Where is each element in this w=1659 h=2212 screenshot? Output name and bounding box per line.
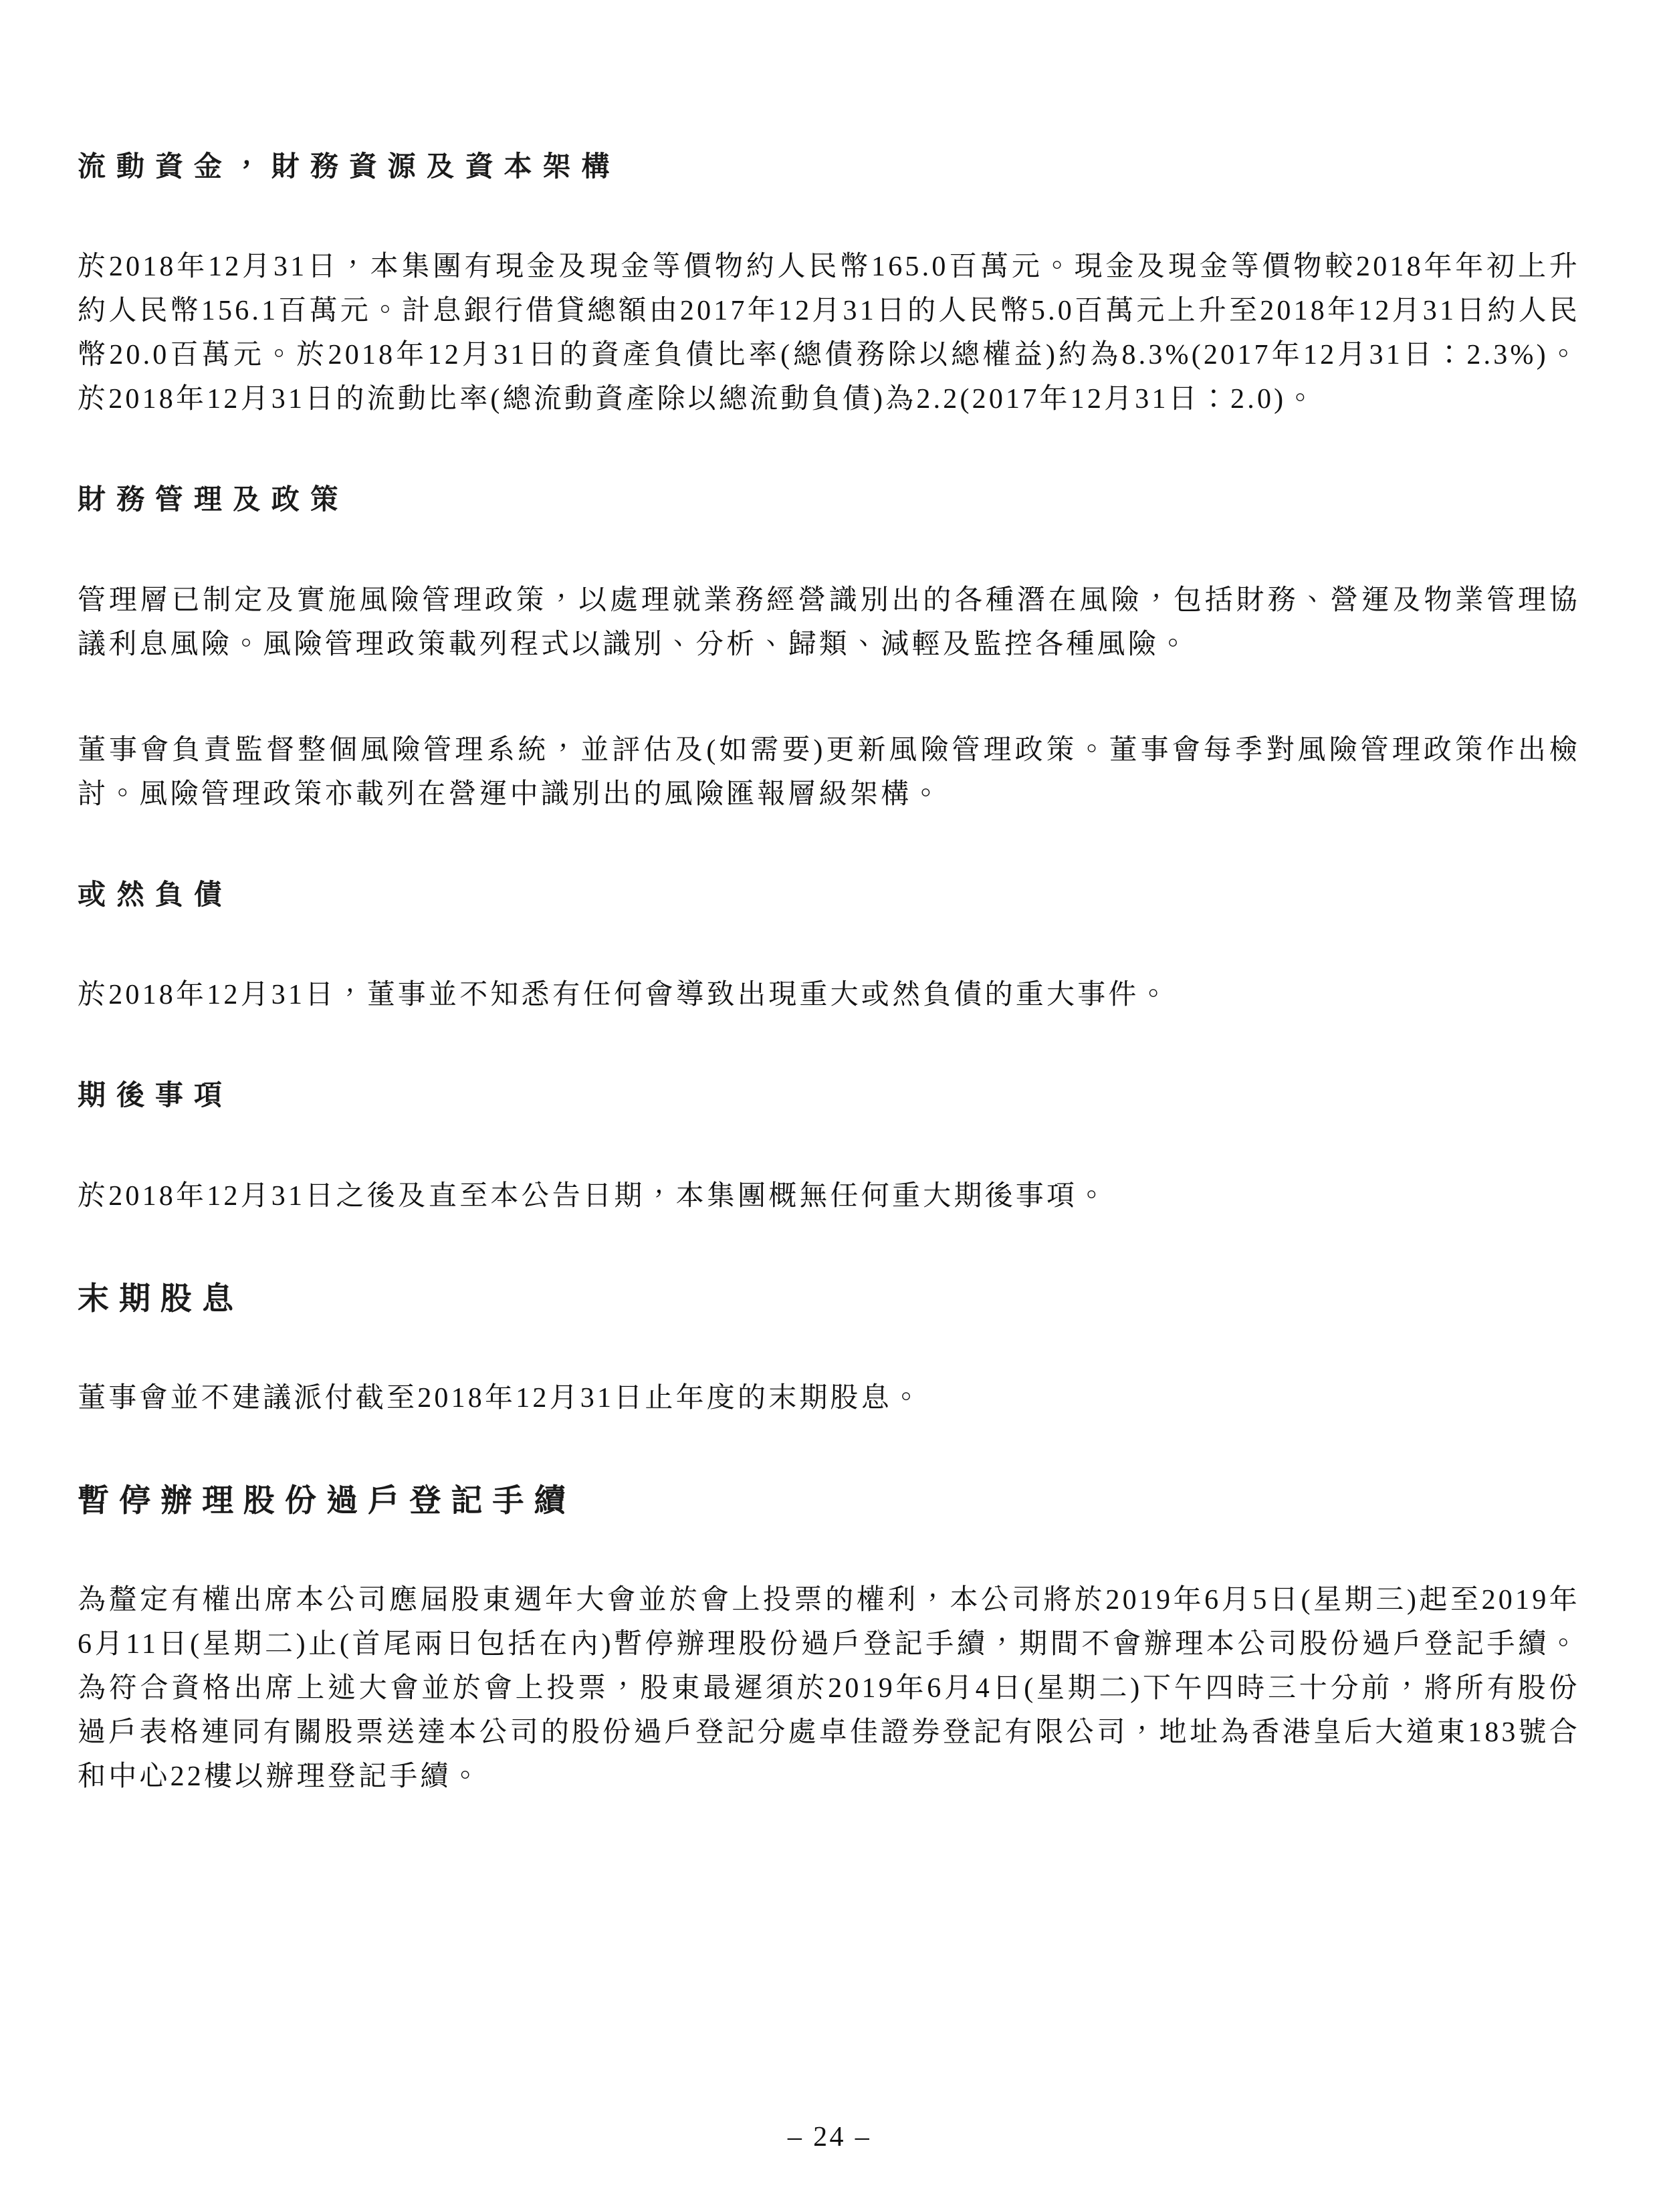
section-heading-liquidity-financial-resources: 流動資金，財務資源及資本架構 [78, 150, 1580, 183]
page-content: 流動資金，財務資源及資本架構 於2018年12月31日，本集團有現金及現金等價物… [78, 150, 1580, 1860]
paragraph-final-dividend: 董事會並不建議派付截至2018年12月31日止年度的末期股息。 [78, 1376, 1580, 1420]
paragraph-closure-of-register: 為釐定有權出席本公司應屆股東週年大會並於會上投票的權利，本公司將於2019年6月… [78, 1578, 1580, 1799]
page-number: – 24 – [0, 2121, 1659, 2153]
paragraph-liquidity: 於2018年12月31日，本集團有現金及現金等價物約人民幣165.0百萬元。現金… [78, 245, 1580, 421]
section-heading-closure-of-register: 暫停辦理股份過戶登記手續 [78, 1482, 1580, 1519]
section-heading-subsequent-events: 期後事項 [78, 1079, 1580, 1112]
paragraph-board-risk-oversight: 董事會負責監督整個風險管理系統，並評估及(如需要)更新風險管理政策。董事會每季對… [78, 728, 1580, 816]
paragraph-contingent-liabilities: 於2018年12月31日，董事並不知悉有任何會導致出現重大或然負債的重大事件。 [78, 973, 1580, 1017]
paragraph-risk-policy: 管理層已制定及實施風險管理政策，以處理就業務經營識別出的各種潛在風險，包括財務、… [78, 578, 1580, 667]
section-heading-final-dividend: 末期股息 [78, 1280, 1580, 1317]
paragraph-subsequent-events: 於2018年12月31日之後及直至本公告日期，本集團概無任何重大期後事項。 [78, 1174, 1580, 1218]
document-page: 流動資金，財務資源及資本架構 於2018年12月31日，本集團有現金及現金等價物… [0, 0, 1659, 2212]
section-heading-contingent-liabilities: 或然負債 [78, 878, 1580, 911]
section-heading-financial-management-policy: 財務管理及政策 [78, 483, 1580, 516]
